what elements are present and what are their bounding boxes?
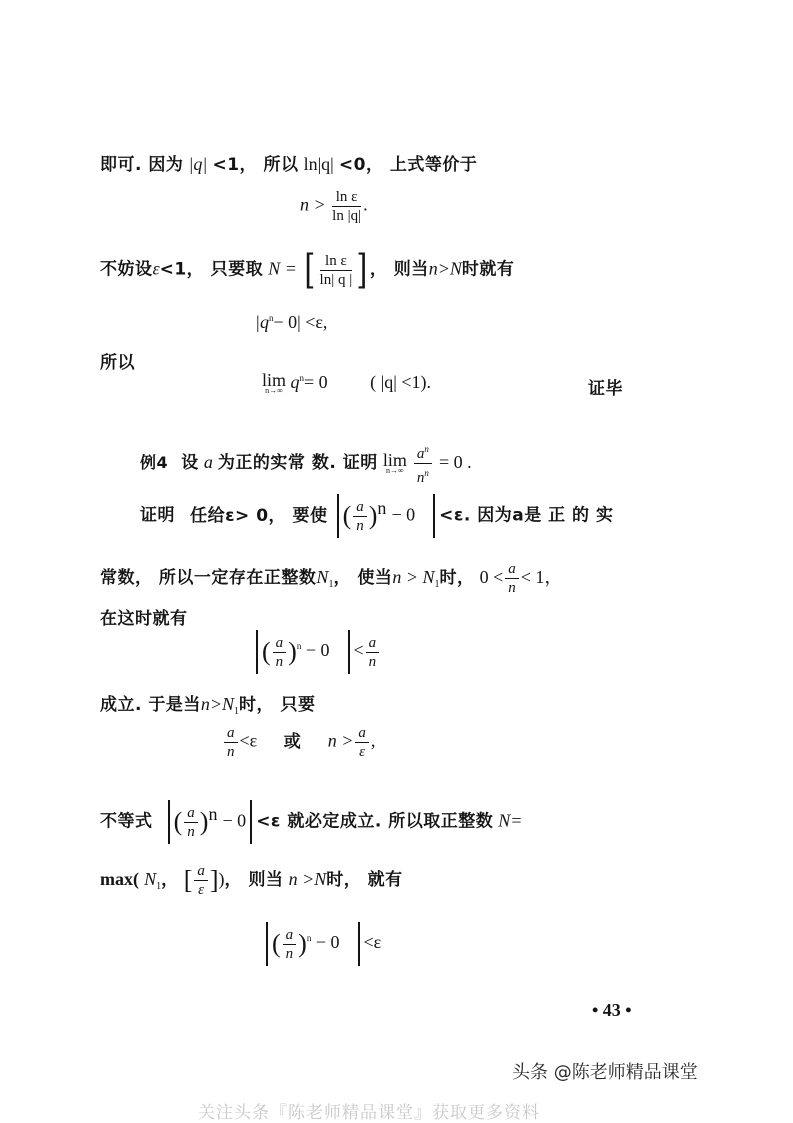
or-text: 或 — [284, 732, 302, 752]
right-bracket-icon: ] — [210, 866, 219, 895]
math-max: max( — [100, 869, 139, 889]
abs-bar-icon — [266, 922, 268, 966]
math-lhs: n > — [300, 195, 326, 215]
numerator: a — [194, 862, 208, 881]
math-condition: n >N — [289, 869, 327, 889]
denominator: ε — [355, 743, 369, 761]
text: 时就有 — [462, 260, 515, 280]
limit: limn→∞ — [383, 453, 407, 475]
abs-bar-icon — [250, 800, 252, 844]
fraction: aε — [194, 862, 208, 899]
fraction: ln εln| q | — [320, 252, 353, 289]
denominator: n — [273, 653, 287, 671]
math-a: a — [204, 452, 213, 472]
abs-bar-icon — [337, 494, 339, 538]
text-line-4: 常数， 所以一定存在正整数N1， 使当n > N1时， 0 <an< 1， — [100, 560, 562, 597]
text-line-5: 在这时就有 — [100, 604, 188, 629]
abs-bar-icon — [433, 494, 435, 538]
page-number: • 43 • — [592, 1000, 632, 1021]
exponent: n — [208, 804, 217, 824]
fraction: an — [353, 498, 367, 535]
exponent: n — [424, 444, 429, 454]
denominator: ln |q| — [332, 207, 361, 225]
denominator: n — [224, 743, 238, 761]
text: 时， 只要 — [239, 695, 315, 715]
abs-bar-icon — [168, 800, 170, 844]
fraction: an — [505, 560, 519, 597]
text-line-1: 即可. 因为 |q| <1， 所以 ln|q| <0， 上式等价于 — [100, 150, 477, 175]
text-line-8: max( N1， [aε])， 则当 n >N时， 就有 — [100, 862, 403, 899]
math: <ε — [240, 731, 258, 751]
equation-1: n > ln εln |q|. — [300, 188, 368, 225]
math-ln-abs-q: ln|q| — [304, 154, 334, 174]
text-line-3: 所以 — [100, 348, 135, 373]
example-4-heading: 例4 设 a 为正的实常 数. 证明 limn→∞ annn = 0 . — [140, 440, 472, 487]
math-N: N — [144, 869, 156, 889]
left-bracket-icon: [ — [304, 250, 315, 290]
numerator: a — [224, 724, 238, 743]
comma: , — [371, 731, 376, 751]
text: <1， 只要取 — [160, 260, 264, 280]
lim-subscript: n→∞ — [383, 467, 407, 475]
text-line-2: 不妨设ε<1， 只要取 N = [ln εln| q |]， 则当n>N时就有 — [100, 250, 514, 290]
math-N: N = — [268, 259, 297, 279]
text: 成立. 于是当 — [100, 695, 201, 715]
fraction: an — [224, 724, 238, 761]
period: . — [363, 195, 368, 215]
math: − 0 — [306, 640, 330, 660]
text: 所以 — [100, 353, 135, 373]
equation-4: (an)n − 0<an — [252, 630, 381, 674]
fraction: an — [273, 634, 287, 671]
lim-subscript: n→∞ — [262, 387, 286, 395]
numerator: a — [283, 926, 297, 945]
footer-watermark: 关注头条『陈老师精品课堂』获取更多资料 — [198, 1098, 540, 1123]
numerator: a — [273, 634, 287, 653]
proof-line: 证明 任给ε> 0， 要使 (an)n − 0<ε. 因为a是 正 的 实 — [140, 494, 613, 538]
abs-bar-icon — [256, 630, 258, 674]
text: 时， — [440, 568, 475, 588]
fraction: aε — [355, 724, 369, 761]
math: − 0 — [392, 505, 416, 525]
fraction: ln εln |q| — [332, 188, 361, 225]
text: 不妨设 — [100, 260, 153, 280]
numerator: a — [505, 560, 519, 579]
fraction: an — [366, 634, 380, 671]
text-line-7: 不等式 (an)n − 0<ε 就必定成立. 所以取正整数 N= — [100, 800, 522, 844]
math-epsilon: ε — [153, 259, 160, 279]
equation-2: |qn− 0| <ε, — [255, 312, 327, 333]
text: 设 — [181, 453, 199, 473]
math: = 0 — [304, 372, 328, 392]
exponent: n — [307, 933, 312, 943]
text: ， 则当 — [225, 870, 284, 890]
denominator: n — [353, 517, 367, 535]
text: 时， 就有 — [326, 870, 402, 890]
text: 即可. 因为 — [100, 155, 183, 175]
text: <ε 就必定成立. 所以取正整数 — [256, 812, 493, 832]
exponent: n — [377, 498, 386, 518]
limit: limn→∞ — [262, 373, 286, 395]
text: 常数， 所以一定存在正整数 — [100, 568, 316, 588]
text: ， 使当 — [333, 568, 392, 588]
abs-bar-icon — [348, 630, 350, 674]
text: ， 则当 — [370, 260, 429, 280]
denominator: ln| q | — [320, 271, 353, 289]
denominator: n — [505, 579, 519, 597]
math: − 0| <ε, — [273, 312, 327, 332]
equation-6: (an)n − 0<ε — [262, 922, 381, 966]
math: − 0 — [316, 932, 340, 952]
numerator: a — [353, 498, 367, 517]
qed-mark: 证毕 — [588, 374, 623, 399]
math: n > — [328, 731, 354, 751]
math: 0 < — [480, 567, 504, 587]
text: 在这时就有 — [100, 609, 188, 629]
math: |q — [255, 312, 269, 332]
math: < — [354, 640, 364, 660]
exponent: n — [297, 641, 302, 651]
math-N: N= — [498, 811, 522, 831]
math: < 1， — [521, 567, 563, 587]
denominator: n — [283, 945, 297, 963]
math: q — [291, 372, 300, 392]
text: 不等式 — [100, 812, 153, 832]
text: 为正的实常 数. 证明 — [218, 453, 378, 473]
fraction: an — [184, 804, 198, 841]
math-N: N — [316, 567, 328, 587]
source-watermark: 头条 @陈老师精品课堂 — [512, 1058, 698, 1084]
denominator: ε — [194, 881, 208, 899]
text: 任给ε> 0， 要使 — [190, 506, 327, 526]
proof-label: 证明 — [140, 506, 175, 526]
numerator: a — [355, 724, 369, 743]
numerator: ln ε — [332, 188, 361, 207]
text-line-6: 成立. 于是当n>N1时， 只要 — [100, 690, 315, 717]
numerator: a — [184, 804, 198, 823]
text: <0， 上式等价于 — [339, 155, 478, 175]
math: <ε — [364, 932, 382, 952]
comma: ， — [161, 870, 179, 890]
right-bracket-icon: ] — [357, 250, 368, 290]
math: = 0 . — [439, 452, 472, 472]
math-condition: n>N — [201, 694, 234, 714]
fraction: annn — [414, 440, 432, 487]
example-label: 例4 — [140, 453, 168, 472]
exponent: n — [424, 468, 429, 478]
denominator: n — [366, 653, 380, 671]
abs-bar-icon — [358, 922, 360, 966]
left-bracket-icon: [ — [184, 866, 193, 895]
math-condition: n>N — [429, 259, 462, 279]
numerator: ln ε — [320, 252, 353, 271]
text: <ε. 因为a是 正 的 实 — [439, 506, 613, 526]
condition: ( |q| <1). — [370, 372, 431, 392]
math-condition: n > N — [392, 567, 434, 587]
math-abs-q: |q| — [188, 154, 207, 174]
equation-5: an<ε 或 n >aε, — [222, 724, 375, 761]
numerator: a — [366, 634, 380, 653]
equation-3: limn→∞ qn= 0 ( |q| <1). 证毕 — [262, 372, 662, 395]
math: − 0 — [223, 811, 247, 831]
denominator: n — [184, 823, 198, 841]
text: <1， 所以 — [212, 155, 298, 175]
fraction: an — [283, 926, 297, 963]
